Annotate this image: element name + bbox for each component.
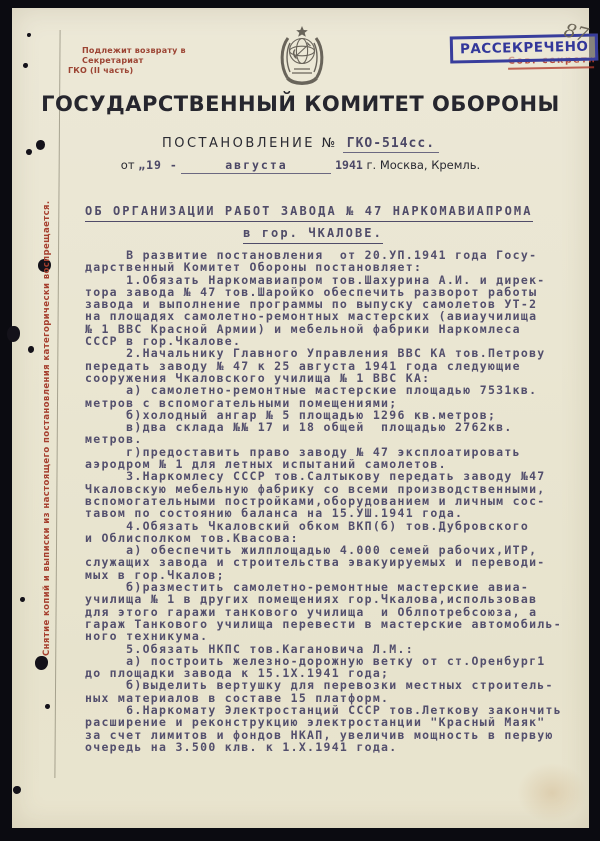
return-notice-line2: ГКО (II часть) xyxy=(68,66,238,76)
ink-blot xyxy=(35,656,48,670)
decree-line: ПОСТАНОВЛЕНИЕ № ГКО-514сс. xyxy=(12,132,589,151)
body-line: а) самолетно-ремонтные мастерские площад… xyxy=(85,384,581,396)
date-prefix: от xyxy=(121,158,135,172)
subject-line1: ОБ ОРГАНИЗАЦИИ РАБОТ ЗАВОДА № 47 НАРКОМА… xyxy=(85,204,533,222)
decree-label: ПОСТАНОВЛЕНИЕ № xyxy=(162,136,338,151)
body-line: тавом по состоянию баланса на 15.УШ.1941… xyxy=(85,507,581,519)
body-line: дарственный Комитет Обороны постановляет… xyxy=(85,261,581,273)
date-line: от „19 - августа 1941 г. Москва, Кремль. xyxy=(12,158,589,174)
body-line: служащих завода и строительства эвакуиру… xyxy=(85,556,581,568)
decree-number: ГКО-514сс. xyxy=(343,136,439,153)
date-year: 1941 xyxy=(335,158,363,172)
body-line: метров с вспомогательными помещениями; xyxy=(85,397,581,409)
subject-line2: в гор. ЧКАЛОВЕ. xyxy=(243,226,383,244)
body-line: 5.Обязать НКПС тов.Кагановича Л.М.: xyxy=(85,643,581,655)
date-place: г. Москва, Кремль. xyxy=(366,158,480,172)
org-title: ГОСУДАРСТВЕННЫЙ КОМИТЕТ ОБОРОНЫ xyxy=(12,92,589,116)
body-line: расширение и реконструкцию электростанци… xyxy=(85,716,581,728)
ink-blot xyxy=(20,597,25,602)
body-line: в)два склада №№ 17 и 18 общей площадью 2… xyxy=(85,421,581,433)
return-notice-line1: Подлежит возврату в Секретариат xyxy=(68,46,238,66)
subject-heading: ОБ ОРГАНИЗАЦИИ РАБОТ ЗАВОДА № 47 НАРКОМА… xyxy=(85,204,541,244)
ink-blot xyxy=(45,704,50,709)
ink-blot xyxy=(7,326,20,342)
body-line: очередь на 3.500 клв. к 1.Х.1941 года. xyxy=(85,741,581,753)
date-month: августа xyxy=(181,158,331,174)
paper-stain xyxy=(517,763,587,823)
body-line: на площадях самолетно-ремонтных мастерск… xyxy=(85,310,581,322)
ink-blot xyxy=(27,33,31,37)
body-line: метров. xyxy=(85,433,581,445)
body-line: 2.Начальнику Главного Управления ВВС КА … xyxy=(85,347,581,359)
document-page: Подлежит возврату в Секретариат ГКО (II … xyxy=(12,8,589,828)
ussr-coat-of-arms-icon xyxy=(276,25,328,93)
body-line: б)выделить вертушку для перевозки местны… xyxy=(85,679,581,691)
body-line: 4.Обязать Чкаловский обком ВКП(б) тов.Ду… xyxy=(85,520,581,532)
return-notice: Подлежит возврату в Секретариат ГКО (II … xyxy=(68,46,238,76)
body-line: ного техникума. xyxy=(85,630,581,642)
ink-blot xyxy=(23,63,28,68)
body-text: В развитие постановления от 20.УП.1941 г… xyxy=(85,249,581,753)
body-line: училища № 1 в других помещениях гор.Чкал… xyxy=(85,593,581,605)
margin-warning: Снятие копий и выписки из настоящего пос… xyxy=(42,194,52,656)
ink-blot xyxy=(13,786,21,794)
body-line: 3.Наркомлесу СССР тов.Салтыкову передать… xyxy=(85,470,581,482)
ink-blot xyxy=(28,346,34,353)
date-day: „19 - xyxy=(138,158,178,172)
